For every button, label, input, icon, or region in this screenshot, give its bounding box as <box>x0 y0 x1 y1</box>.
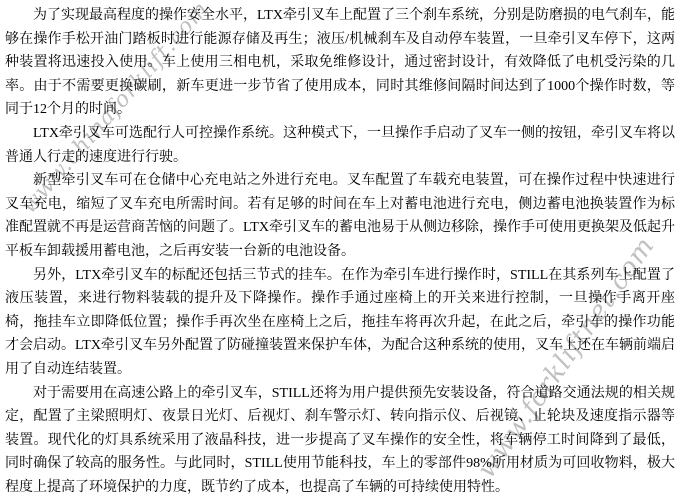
paragraph-road-equipment: 对于需要用在高速公路上的牵引叉车，STILL还将为用户提供预先安装设备，符合道路… <box>5 382 675 500</box>
paragraph-brake-systems: 为了实现最高程度的操作安全水平，LTX牵引叉车上配置了三个刹车系统，分别是防磨损… <box>5 4 675 122</box>
document-page: www.chinaforklift.com www.forkliftnet.co… <box>0 0 680 500</box>
paragraph-trailer-hydraulics: 另外，LTX牵引叉车的标配还包括三节式的挂车。在作为牵引车进行操作时，STILL… <box>5 264 675 382</box>
paragraph-pedestrian-mode: LTX牵引叉车可选配行人可控操作系统。这种模式下，一旦操作手启动了叉车一侧的按钮… <box>5 122 675 169</box>
article-body: 为了实现最高程度的操作安全水平，LTX牵引叉车上配置了三个刹车系统，分别是防磨损… <box>0 0 680 499</box>
paragraph-charging: 新型牵引叉车可在仓储中心充电站之外进行充电。叉车配置了车载充电装置，可在操作过程… <box>5 169 675 263</box>
